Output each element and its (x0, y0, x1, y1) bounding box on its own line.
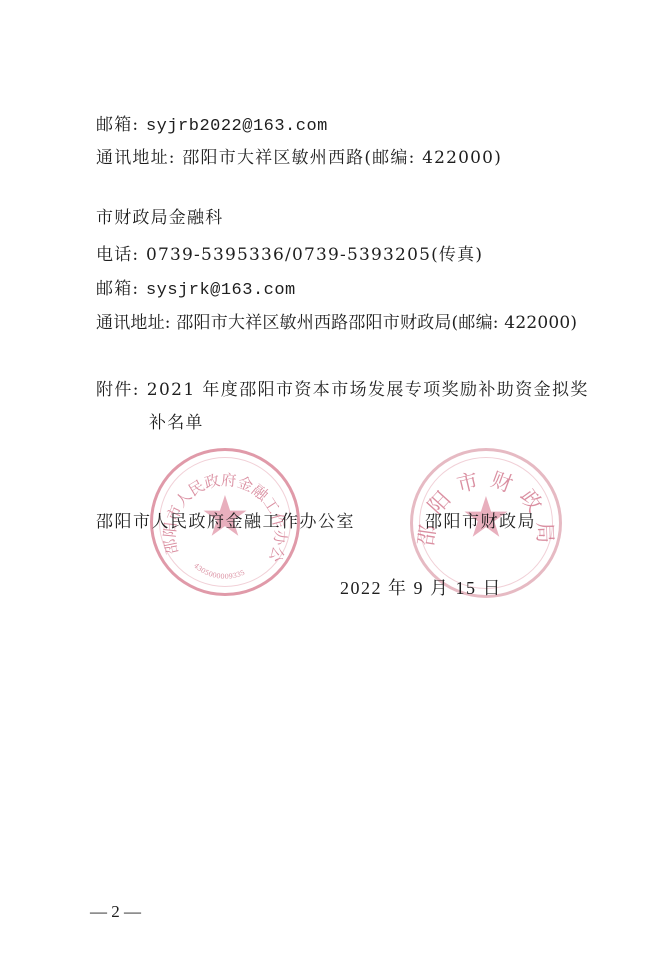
address-label: 通讯地址: (96, 148, 182, 168)
phone-label: 电话: (96, 245, 146, 265)
issue-date: 2022 年 9 月 15 日 (340, 577, 502, 599)
email-line-1: 邮箱: syjrb2022@163.com (96, 114, 328, 138)
email-value: syjrb2022@163.com (146, 117, 328, 136)
attachment-line: 附件: 2021 年度邵阳市资本市场发展专项奖励补助资金拟奖 (96, 379, 589, 401)
address-line-1: 通讯地址: 邵阳市大祥区敏州西路(邮编: 422000) (96, 147, 502, 169)
address-value: 邵阳市大祥区敏州西路(邮编: 422000) (182, 148, 502, 168)
address-line-2: 通讯地址: 邵阳市大祥区敏州西路邵阳市财政局(邮编: 422000) (96, 312, 577, 334)
signatory-right: 邵阳市财政局 (425, 511, 536, 533)
attachment-label: 附件: (96, 380, 147, 400)
address-value: 邵阳市大祥区敏州西路邵阳市财政局(邮编: 422000) (176, 313, 577, 333)
address-label: 通讯地址: (96, 313, 176, 333)
email-label: 邮箱: (96, 279, 146, 299)
department-name: 市财政局金融科 (96, 207, 223, 229)
svg-text:4305000009335: 4305000009335 (192, 562, 246, 581)
page-number: — 2 — (90, 902, 141, 922)
phone-line: 电话: 0739-5395336/0739-5393205(传真) (96, 244, 483, 266)
email-label: 邮箱: (96, 115, 146, 135)
attachment-line-2: 补名单 (149, 412, 204, 434)
email-line-2: 邮箱: sysjrk@163.com (96, 278, 296, 302)
email-value: sysjrk@163.com (146, 281, 296, 300)
phone-value: 0739-5395336/0739-5393205(传真) (146, 245, 483, 265)
signatory-left: 邵阳市人民政府金融工作办公室 (96, 511, 355, 533)
attachment-title: 2021 年度邵阳市资本市场发展专项奖励补助资金拟奖 (147, 380, 589, 400)
